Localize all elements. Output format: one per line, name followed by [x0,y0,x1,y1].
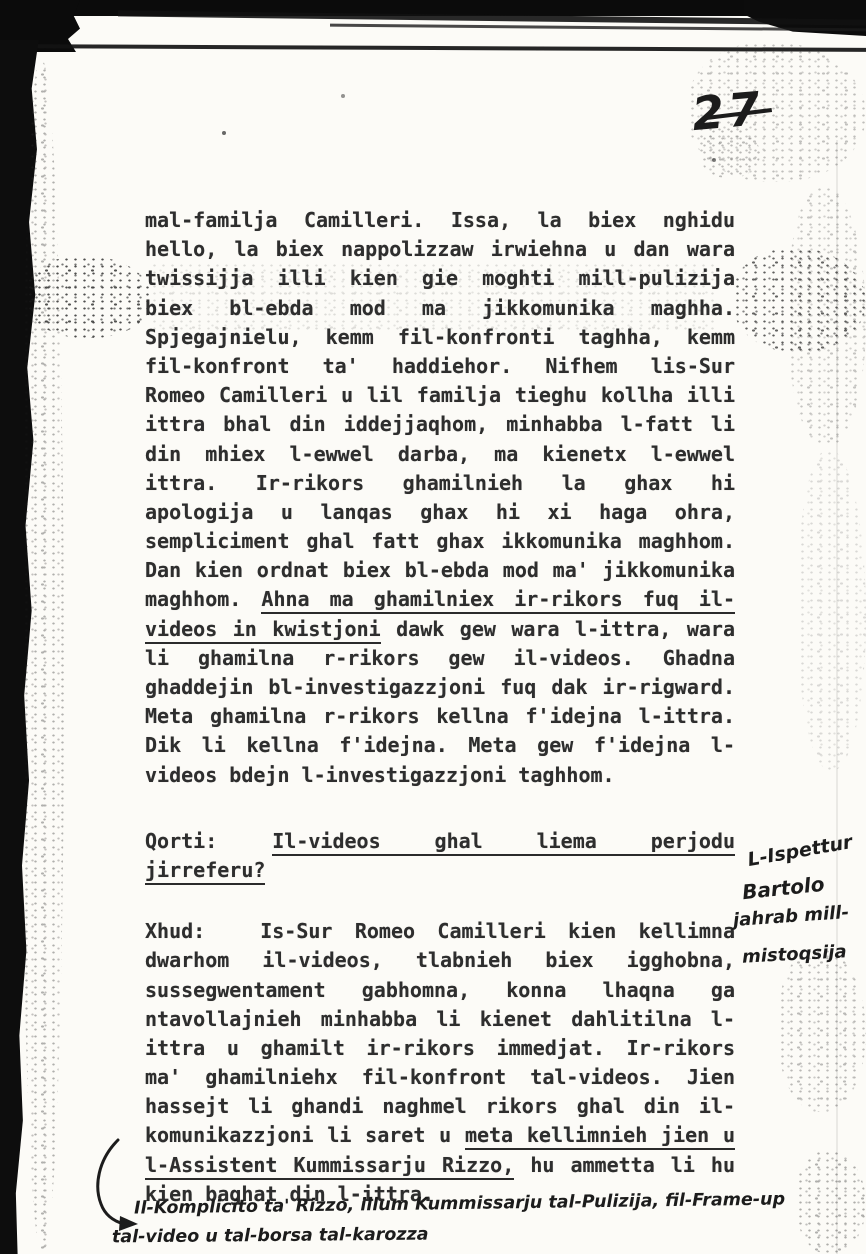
paper-fold-line [836,140,838,1254]
typed-text-segment: Is-Sur Romeo Camilleri kien kellimna [260,919,735,943]
typed-line: ghaddejin bl-investigazzjoni fuq dak ir-… [145,673,735,702]
typed-text-segment: komunikazzjoni li saret u [145,1123,465,1147]
typed-text-segment: twissijja illi kien gie moghti mill-puli… [145,266,735,290]
margin-note-line: Bartolo [741,872,826,904]
scan-noise [778,948,866,1112]
typed-line: komunikazzjoni li saret u meta kellimnie… [145,1121,735,1150]
typed-text-segment: dwarhom il-videos, tlabnieh biex igghobn… [145,948,735,972]
typed-text-segment: ittra bhal din iddejjaqhom, minhabba l-f… [145,412,735,436]
scan-noise [798,450,866,770]
typed-line: ma' ghamilniehx fil-konfront tal-videos.… [145,1063,735,1092]
typed-line: videos bdejn l-investigazzjoni taghhom. [145,761,735,790]
typed-line: maghhom. Ahna ma ghamilniex ir-rikors fu… [145,585,735,614]
scan-speck [712,158,716,162]
typed-line: hello, la biex nappolizzaw irwiehna u da… [145,235,735,264]
typed-text: mal-familja Camilleri. Issa, la biex ngh… [145,206,735,1209]
typed-line: biex bl-ebda mod ma jikkomunika maghha. [145,294,735,323]
typed-underlined-text: Ahna ma ghamilniex ir-rikors fuq il- [261,587,735,614]
typed-text-segment: Spjegajnielu, kemm fil-konfronti taghha,… [145,325,735,349]
typed-underlined-text: Il-videos ghal liema perjodu [272,829,735,856]
typed-paragraph-body: mal-familja Camilleri. Issa, la biex ngh… [145,206,735,790]
typed-underlined-text: jirreferu? [145,858,265,885]
typed-text-segment: Dan kien ordnat biex bl-ebda mod ma' jik… [145,558,735,582]
typed-line: Dik li kellna f'idejna. Meta gew f'idejn… [145,731,735,760]
typed-line: Qorti: Il-videos ghal liema perjodu [145,827,735,856]
typed-line: twissijja illi kien gie moghti mill-puli… [145,264,735,293]
typed-text-segment: Xhud: [145,919,205,943]
scan-noise [788,186,866,446]
typed-text-segment: ittra u ghamilt ir-rikors immedjat. Ir-r… [145,1036,735,1060]
scan-noise [22,60,64,1250]
handwritten-brace-arrow [88,1134,152,1234]
typed-line: ittra. Ir-rikors ghamilnieh la ghax hi [145,469,735,498]
scan-speck [222,131,226,135]
scanned-document-page: 27 mal-familja Camilleri. Issa, la biex … [0,0,866,1254]
typed-text-segment: Qorti: [145,829,217,853]
typed-text-segment: fil-konfront ta' haddiehor. Nifhem lis-S… [145,354,735,378]
typed-text-segment: li ghamilna r-rikors gew il-videos. Ghad… [145,646,735,670]
typed-line: Xhud: Is-Sur Romeo Camilleri kien kellim… [145,917,735,946]
typed-text-segment: hassejt li ghandi naghmel rikors ghal di… [145,1094,735,1118]
typed-text-segment: ma' ghamilniehx fil-konfront tal-videos.… [145,1065,735,1089]
scan-noise [26,256,152,338]
scan-speck [341,94,345,98]
typed-line: ntavollajnieh minhabba li kienet dahliti… [145,1005,735,1034]
typed-text-segment: ittra. Ir-rikors ghamilnieh la ghax hi [145,471,735,495]
typed-text-segment: biex bl-ebda mod ma jikkomunika maghha. [145,296,735,320]
typed-line: dwarhom il-videos, tlabnieh biex igghobn… [145,946,735,975]
typed-text-segment: Dik li kellna f'idejna. Meta gew f'idejn… [145,733,735,757]
typed-text-segment: apologija u lanqas ghax hi xi haga ohra, [145,500,735,524]
typed-line: hassejt li ghandi naghmel rikors ghal di… [145,1092,735,1121]
typed-line: li ghamilna r-rikors gew il-videos. Ghad… [145,644,735,673]
typed-text-segment: hu ammetta li hu [514,1153,735,1177]
typed-text-segment: din mhiex l-ewwel darba, ma kienetx l-ew… [145,442,735,466]
typed-line: fil-konfront ta' haddiehor. Nifhem lis-S… [145,352,735,381]
typed-line: Spjegajnielu, kemm fil-konfronti taghha,… [145,323,735,352]
typed-underlined-text: meta kellimnieh jien u [465,1123,735,1150]
typed-line: sempliciment ghal fatt ghax ikkomunika m… [145,527,735,556]
typed-text-segment: dawk gew wara l-ittra, wara [381,617,735,641]
typed-line: sussegwentament gabhomna, konna lhaqna g… [145,976,735,1005]
typed-line: ittra bhal din iddejjaqhom, minhabba l-f… [145,410,735,439]
typed-line: jirreferu? [145,856,735,885]
typed-text-segment: hello, la biex nappolizzaw irwiehna u da… [145,237,735,261]
typed-text-segment: maghhom. [145,587,261,611]
typed-underlined-text: videos in kwistjoni [145,617,381,644]
typed-line: l-Assistent Kummissarju Rizzo, hu ammett… [145,1151,735,1180]
typed-line: ittra u ghamilt ir-rikors immedjat. Ir-r… [145,1034,735,1063]
typed-gap [217,827,272,856]
typed-line: videos in kwistjoni dawk gew wara l-ittr… [145,615,735,644]
typed-text-segment: Romeo Camilleri u lil familja tieghu kol… [145,383,735,407]
typed-paragraph-xhud: Xhud: Is-Sur Romeo Camilleri kien kellim… [145,917,735,1209]
typed-text-segment: ntavollajnieh minhabba li kienet dahliti… [145,1007,735,1031]
typed-text-segment: sempliciment ghal fatt ghax ikkomunika m… [145,529,735,553]
typed-text-segment: mal-familja Camilleri. Issa, la biex ngh… [145,208,735,232]
typed-line: mal-familja Camilleri. Issa, la biex ngh… [145,206,735,235]
typed-paragraph-qorti: Qorti: Il-videos ghal liema perjodujirre… [145,827,735,885]
typed-line: apologija u lanqas ghax hi xi haga ohra, [145,498,735,527]
typed-line: Romeo Camilleri u lil familja tieghu kol… [145,381,735,410]
typed-line: Meta ghamilna r-rikors kellna f'idejna l… [145,702,735,731]
typed-text-segment: videos bdejn l-investigazzjoni taghhom. [145,763,615,787]
typed-gap [205,917,260,946]
typed-underlined-text: l-Assistent Kummissarju Rizzo, [145,1153,514,1180]
typed-text-segment: sussegwentament gabhomna, konna lhaqna g… [145,978,735,1002]
bottom-note-line: tal-video u tal-borsa tal-karozza [112,1225,429,1248]
scan-noise [796,1150,866,1254]
margin-note-line: jahrab mill- [732,902,849,931]
typed-line: din mhiex l-ewwel darba, ma kienetx l-ew… [145,440,735,469]
typed-text-segment: ghaddejin bl-investigazzjoni fuq dak ir-… [145,675,735,699]
typed-text-segment: Meta ghamilna r-rikors kellna f'idejna l… [145,704,735,728]
typed-line: Dan kien ordnat biex bl-ebda mod ma' jik… [145,556,735,585]
